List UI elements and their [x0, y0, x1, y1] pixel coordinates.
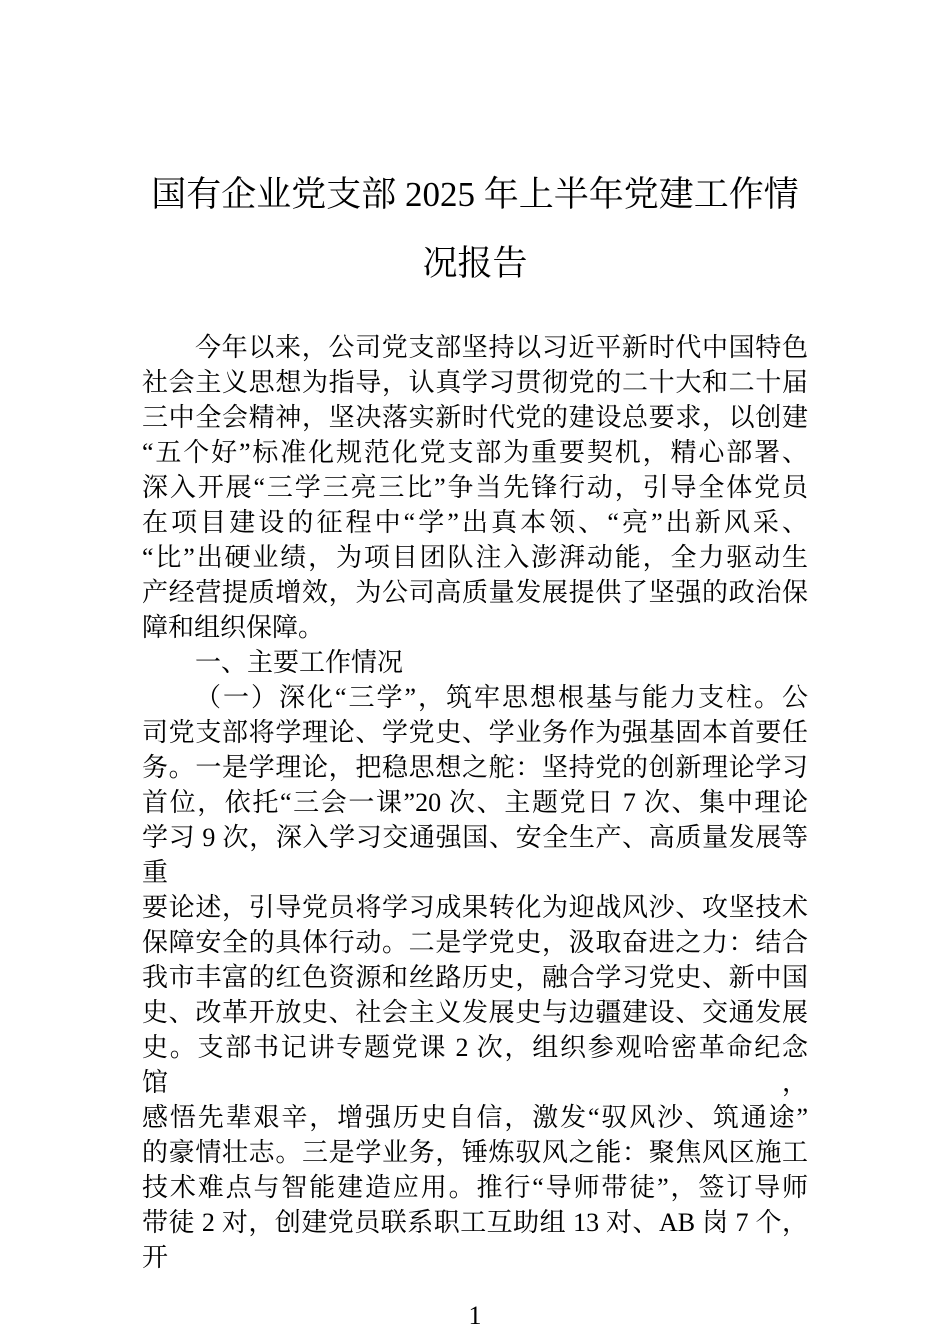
document-page: 国有企业党支部 2025 年上半年党建工作情 况报告 今年以来，公司党支部坚持以… — [0, 0, 950, 1344]
body-line: 技术难点与智能建造应用。推行“导师带徒”，签订导师 — [142, 1170, 808, 1205]
body-line: 务。一是学理论，把稳思想之舵：坚持党的创新理论学习 — [142, 750, 808, 785]
body-line: （一）深化“三学”，筑牢思想根基与能力支柱。公 — [142, 680, 808, 715]
body-line: 三中全会精神，坚决落实新时代党的建设总要求，以创建 — [142, 400, 808, 435]
page-footer: 1 — [142, 1301, 808, 1331]
page-number: 1 — [469, 1301, 482, 1330]
document-title: 国有企业党支部 2025 年上半年党建工作情 况报告 — [142, 160, 808, 298]
body-line: 学习 9 次，深入学习交通强国、安全生产、高质量发展等重 — [142, 820, 808, 890]
body-line: 产经营提质增效，为公司高质量发展提供了坚强的政治保 — [142, 575, 808, 610]
body-line: 感悟先辈艰辛，增强历史自信，激发“驭风沙、筑通途” — [142, 1100, 808, 1135]
body-line: 史、改革开放史、社会主义发展史与边疆建设、交通发展 — [142, 995, 808, 1030]
title-line-2: 况报告 — [142, 229, 808, 298]
body-line: 的豪情壮志。三是学业务，锤炼驭风之能：聚焦风区施工 — [142, 1135, 808, 1170]
section-heading: 一、主要工作情况 — [142, 645, 808, 680]
body-line: “五个好”标准化规范化党支部为重要契机，精心部署、 — [142, 435, 808, 470]
body-line: 要论述，引导党员将学习成果转化为迎战风沙、攻坚技术 — [142, 890, 808, 925]
body-line: 社会主义思想为指导，认真学习贯彻党的二十大和二十届 — [142, 365, 808, 400]
body-line: “比”出硬业绩，为项目团队注入澎湃动能，全力驱动生 — [142, 540, 808, 575]
body-line: 带徒 2 对，创建党员联系职工互助组 13 对、AB 岗 7 个，开 — [142, 1205, 808, 1275]
body-line: 保障安全的具体行动。二是学党史，汲取奋进之力：结合 — [142, 925, 808, 960]
body-line: 史。支部书记讲专题党课 2 次，组织参观哈密革命纪念馆， — [142, 1030, 808, 1100]
body-line: 首位，依托“三会一课”20 次、主题党日 7 次、集中理论 — [142, 785, 808, 820]
body-line: 在项目建设的征程中“学”出真本领、“亮”出新风采、 — [142, 505, 808, 540]
body-line: 我市丰富的红色资源和丝路历史，融合学习党史、新中国 — [142, 960, 808, 995]
body-line: 今年以来，公司党支部坚持以习近平新时代中国特色 — [142, 330, 808, 365]
body-line: 障和组织保障。 — [142, 610, 808, 645]
body-line: 深入开展“三学三亮三比”争当先锋行动，引导全体党员 — [142, 470, 808, 505]
document-body: 今年以来，公司党支部坚持以习近平新时代中国特色 社会主义思想为指导，认真学习贯彻… — [142, 330, 808, 1275]
body-line: 司党支部将学理论、学党史、学业务作为强基固本首要任 — [142, 715, 808, 750]
title-line-1: 国有企业党支部 2025 年上半年党建工作情 — [142, 160, 808, 229]
